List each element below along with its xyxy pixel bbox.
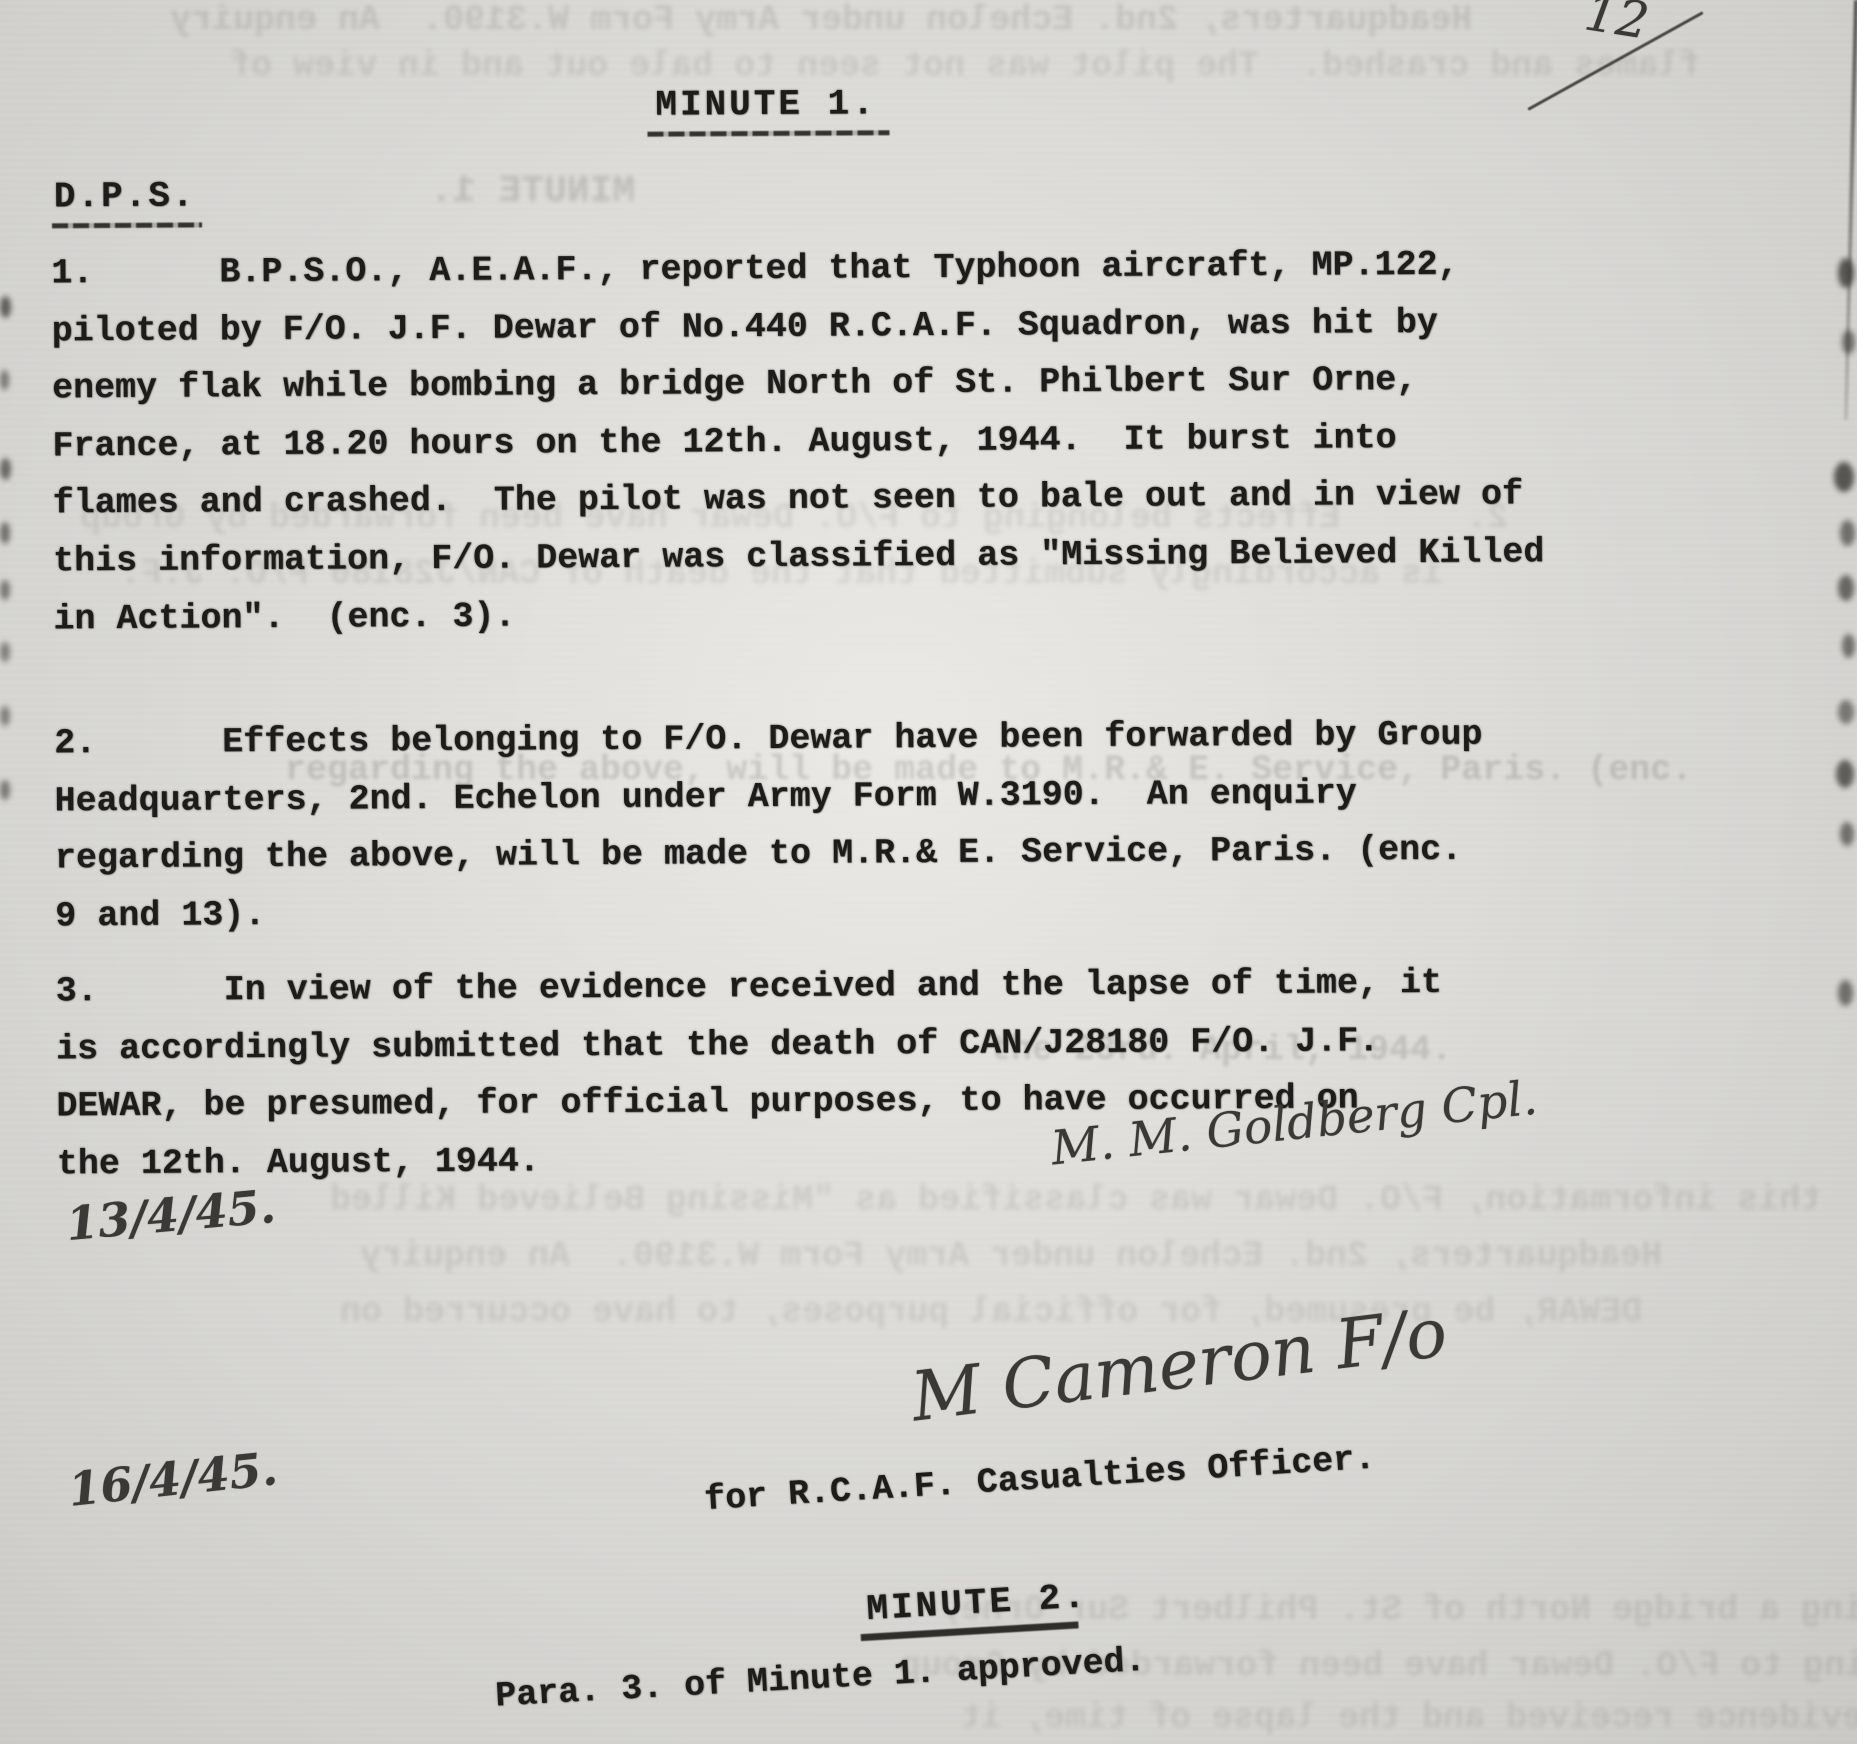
for-casualties-officer-line: for R.C.A.F. Casualties Officer. <box>703 1431 1377 1530</box>
paragraph-line: France, at 18.20 hours on the 12th. Augu… <box>52 409 1544 476</box>
paragraph-line: piloted by F/O. J.F. Dewar of No.440 R.C… <box>52 294 1544 361</box>
section-label-dps: D.P.S. <box>54 174 196 219</box>
minute2-body: Para. 3. of Minute 1. approved. <box>494 1633 1147 1726</box>
paragraph-line: 3. In view of the evidence received and … <box>56 955 1443 1021</box>
paragraph-1: 1. B.P.S.O., A.E.A.F., reported that Typ… <box>51 236 1545 648</box>
minute1-title: MINUTE 1. <box>655 82 877 127</box>
paragraph-2: 2. Effects belonging to F/O. Dewar have … <box>54 707 1484 946</box>
document-page: Headquarters, 2nd. Echelon under Army Fo… <box>0 0 1857 1744</box>
paragraph-line: Headquarters, 2nd. Echelon under Army Fo… <box>54 764 1483 830</box>
paragraph-line: 2. Effects belonging to F/O. Dewar have … <box>54 707 1483 773</box>
paragraph-line: 1. B.P.S.O., A.E.A.F., reported that Typ… <box>51 236 1543 303</box>
paragraph-line: 9 and 13). <box>55 879 1484 945</box>
paragraph-line: flames and crashed. The pilot was not se… <box>53 467 1545 534</box>
paragraph-line: regarding the above, will be made to M.R… <box>55 822 1484 888</box>
underline-decoration <box>647 130 889 136</box>
underline-decoration <box>52 222 202 228</box>
paragraph-line: enemy flak while bombing a bridge North … <box>52 351 1544 418</box>
paragraph-3: 3. In view of the evidence received and … <box>56 955 1444 1194</box>
paragraph-line: in Action". (enc. 3). <box>53 582 1545 649</box>
paragraph-line: is accordingly submitted that the death … <box>56 1012 1443 1078</box>
paragraph-line: this information, F/O. Dewar was classif… <box>53 524 1545 591</box>
